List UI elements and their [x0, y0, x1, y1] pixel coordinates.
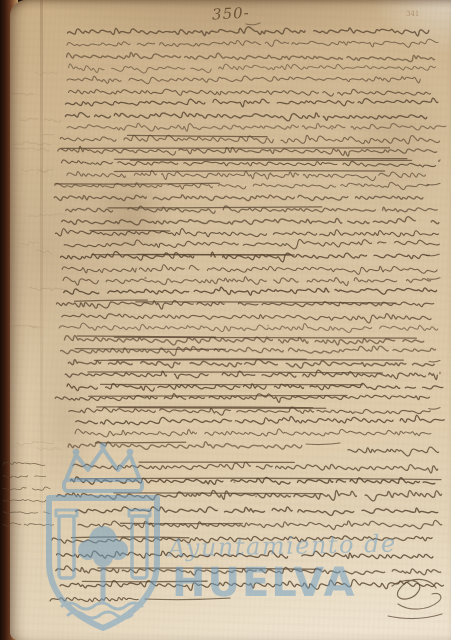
paper-texture	[10, 0, 451, 640]
page-crease	[40, 0, 43, 640]
manuscript-page	[10, 0, 451, 640]
page-number: 350-	[212, 2, 273, 23]
paper-stain	[340, 60, 450, 220]
folio-number: 341	[406, 10, 419, 18]
ink-smudge-stain	[88, 170, 174, 262]
manuscript-photo: 350- 341	[0, 0, 451, 640]
